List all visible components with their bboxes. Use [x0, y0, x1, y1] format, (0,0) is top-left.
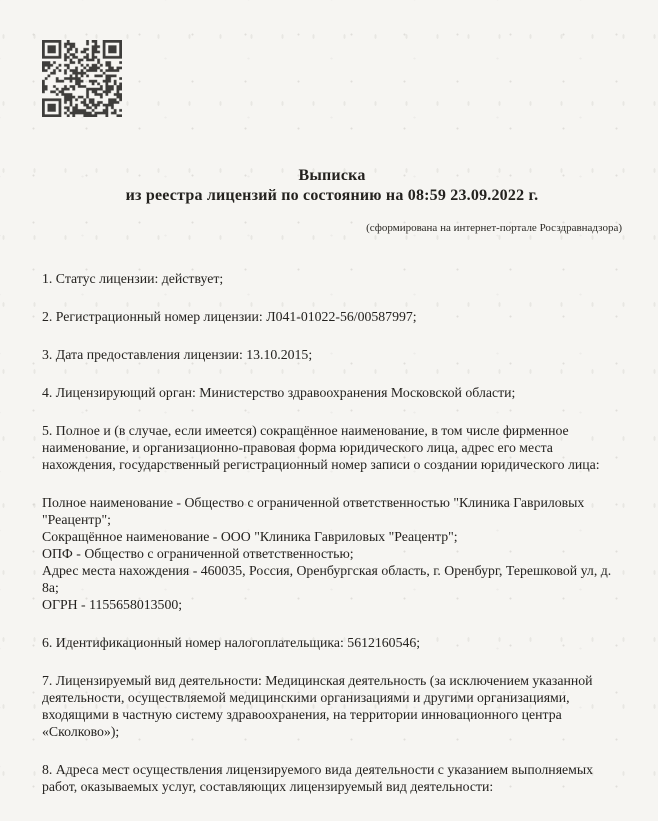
company-legal-form: ОПФ - Общество с ограниченной ответствен…: [42, 545, 622, 562]
title-line-1: Выписка: [42, 166, 622, 186]
company-address: Адрес места нахождения - 460035, Россия,…: [42, 562, 622, 596]
company-full-name: Полное наименование - Общество с огранич…: [42, 494, 622, 528]
field-addresses-heading: 8. Адреса мест осуществления лицензируем…: [42, 761, 622, 795]
field-licensed-activity: 7. Лицензируемый вид деятельности: Медиц…: [42, 672, 622, 740]
document-body: Выписка из реестра лицензий по состоянию…: [42, 166, 622, 795]
scanned-document-page: Выписка из реестра лицензий по состоянию…: [0, 0, 658, 821]
company-details-block: Полное наименование - Общество с огранич…: [42, 494, 622, 613]
title-line-2: из реестра лицензий по состоянию на 08:5…: [42, 186, 622, 206]
document-title: Выписка из реестра лицензий по состоянию…: [42, 166, 622, 206]
document-content: 1. Статус лицензии: действует; 2. Регист…: [42, 270, 622, 795]
document-subtitle: (сформирована на интернет-портале Росздр…: [42, 222, 622, 234]
field-name-heading: 5. Полное и (в случае, если имеется) сок…: [42, 422, 622, 473]
field-grant-date: 3. Дата предоставления лицензии: 13.10.2…: [42, 346, 622, 363]
company-ogrn: ОГРН - 1155658013500;: [42, 596, 622, 613]
field-registration-number: 2. Регистрационный номер лицензии: Л041-…: [42, 308, 622, 325]
company-short-name: Сокращённое наименование - ООО "Клиника …: [42, 528, 622, 545]
field-license-status: 1. Статус лицензии: действует;: [42, 270, 622, 287]
field-licensing-authority: 4. Лицензирующий орган: Министерство здр…: [42, 384, 622, 401]
qr-code-image: [42, 40, 122, 117]
field-inn: 6. Идентификационный номер налогоплатель…: [42, 634, 622, 651]
